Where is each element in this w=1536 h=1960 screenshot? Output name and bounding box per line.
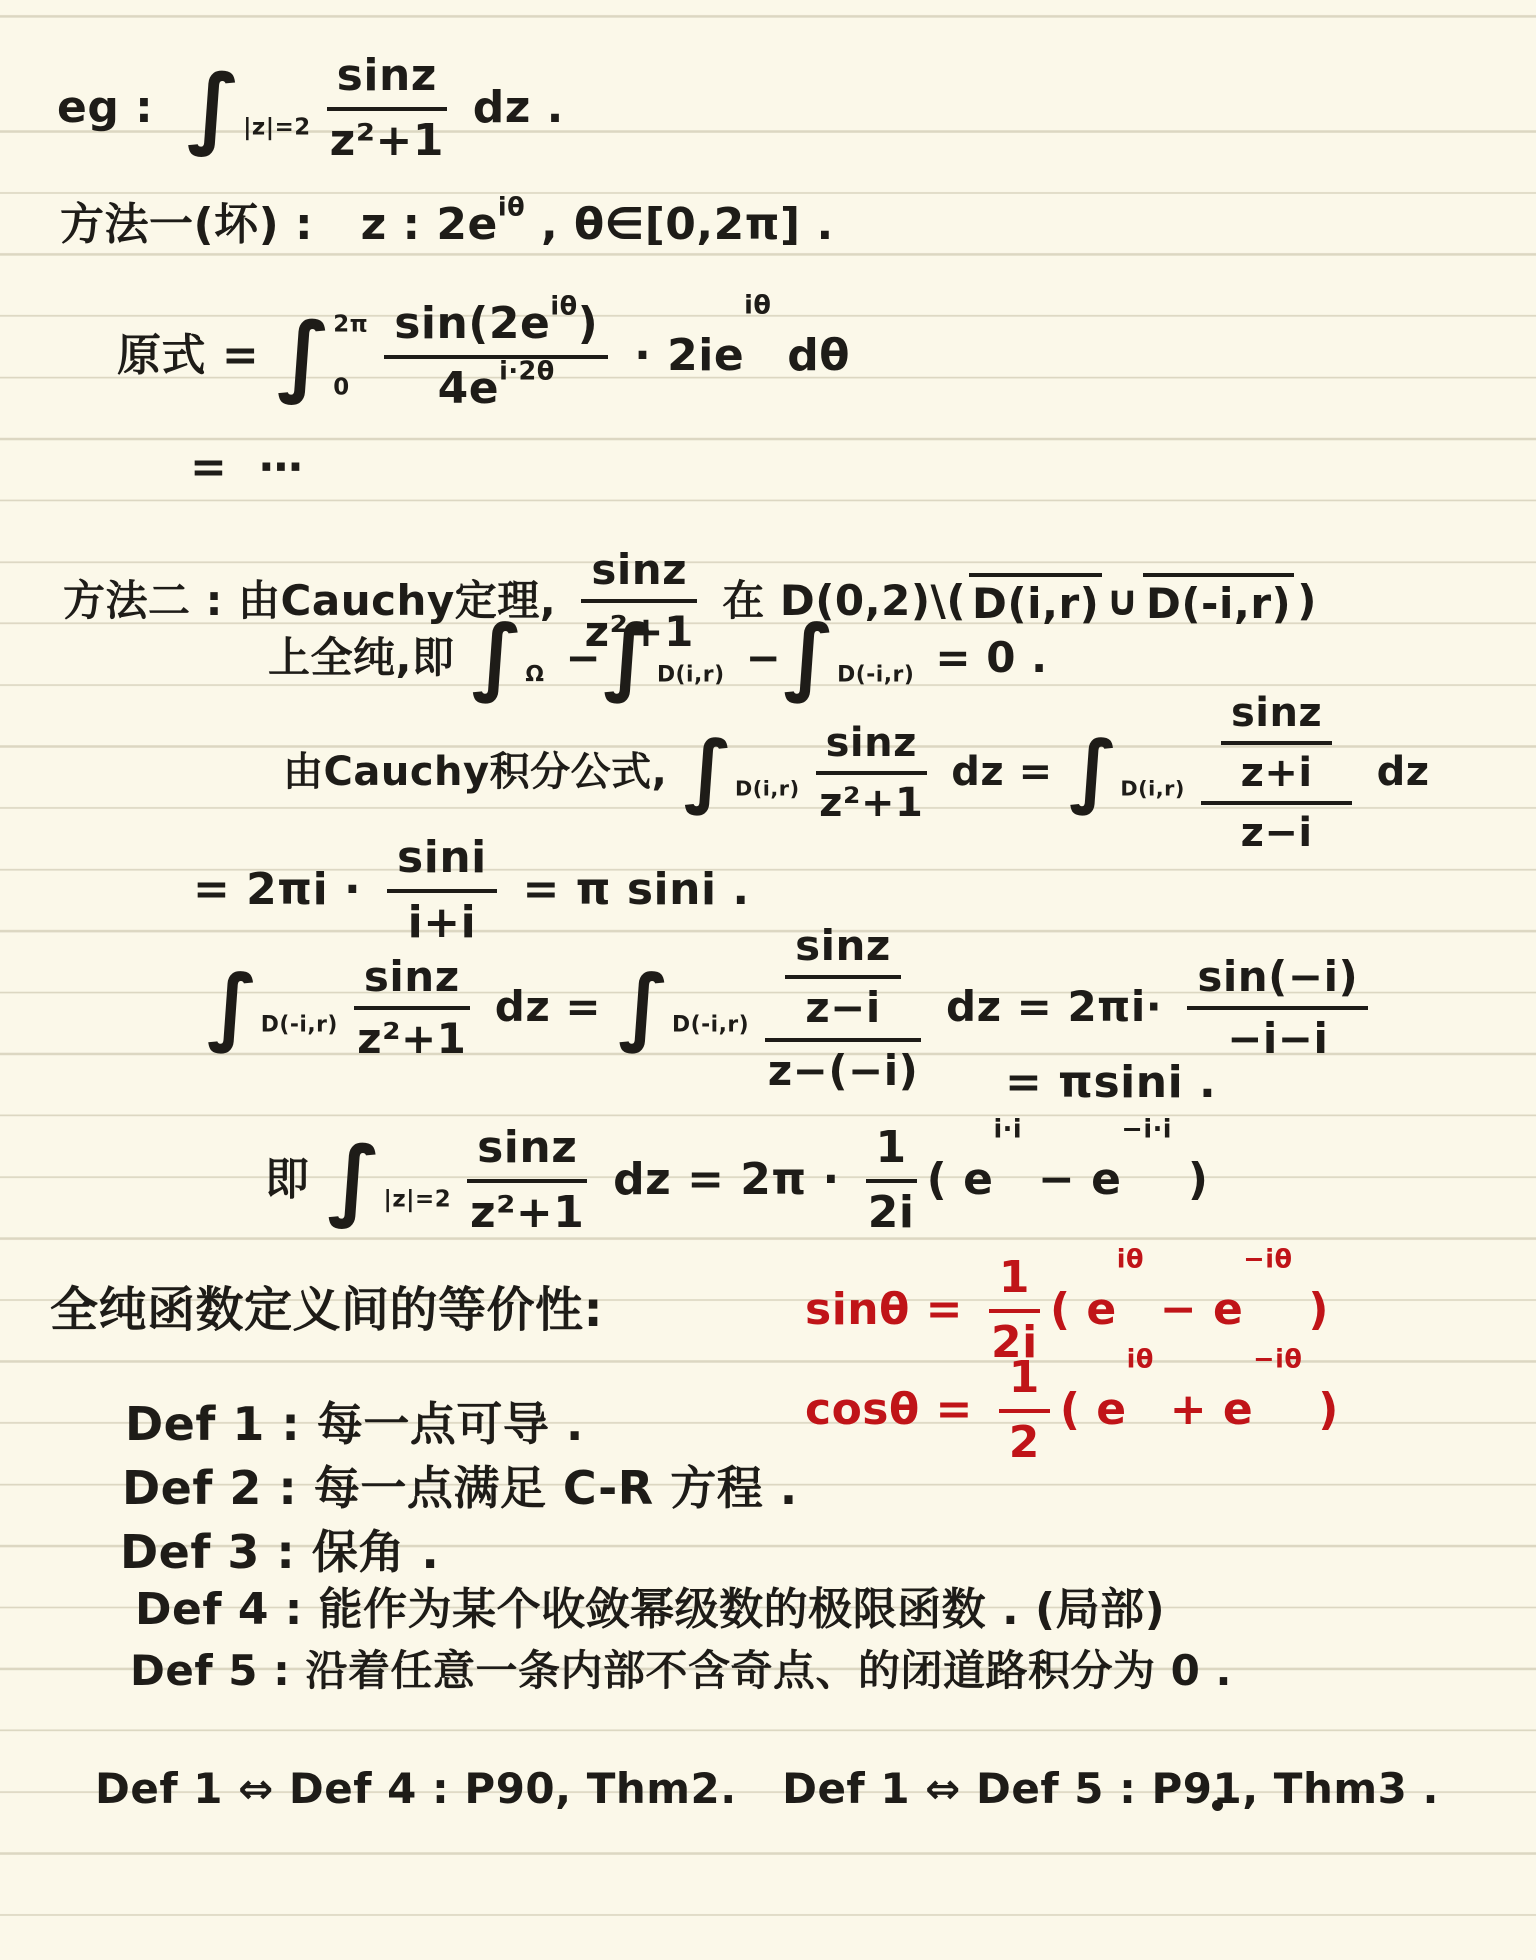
superscript: −iθ	[1243, 1246, 1292, 1275]
integral: ∫D(i,r)	[684, 736, 800, 808]
fraction-numerator: 1	[999, 1352, 1050, 1413]
fraction-denominator: z−i	[1241, 805, 1313, 856]
math-fraction: 12i	[866, 1122, 917, 1238]
text-run: z²+1	[330, 116, 444, 167]
integral-lower-limit: |z|=2	[384, 1188, 452, 1212]
fraction-denominator: z²+1	[470, 1183, 584, 1239]
text-run: Def 1 ⇔ Def 4 : P90, Thm2. Def 1 ⇔ Def 5…	[95, 1765, 1439, 1813]
note-line-cauchy-formula: 由Cauchy积分公式, ∫D(i,r)sinzz²+1 dz = ∫D(i,r…	[283, 688, 1430, 856]
integral-sign: ∫	[277, 315, 331, 394]
text-run: sinz	[795, 922, 891, 970]
text-run: eg :	[57, 83, 185, 134]
text-run: )	[1302, 1385, 1338, 1436]
text-run: dz	[1362, 749, 1429, 795]
integral-lower-limit: D(i,r)	[657, 665, 725, 688]
math-fraction: sinzz−i	[785, 921, 901, 1033]
math-fraction: 12	[999, 1352, 1050, 1468]
text-run: cosθ =	[805, 1385, 989, 1436]
integral-limits: D(i,r)	[1120, 761, 1185, 783]
text-run: 方法一(坏) : z : 2e	[60, 200, 498, 251]
text-run: ( e	[1060, 1385, 1127, 1436]
text-run: 原式 =	[117, 331, 275, 382]
fraction-denominator: z²+1	[330, 111, 444, 167]
fraction-numerator: sini	[387, 832, 497, 893]
fraction-denominator: z−i	[805, 979, 881, 1032]
text-run: 全纯函数定义间的等价性:	[50, 1283, 603, 1338]
text-run: 由Cauchy积分公式,	[283, 749, 682, 795]
text-run: Def 4 : 能作为某个收敛幂级数的极限函数 . (局部)	[135, 1585, 1165, 1636]
text-run: z−(−i)	[768, 1047, 919, 1095]
superscript: iθ	[1127, 1346, 1154, 1375]
note-line-equivalence-heading: 全纯函数定义间的等价性:	[50, 1283, 603, 1338]
text-run: z²+1	[357, 1015, 466, 1063]
superscript: iθ	[498, 194, 525, 223]
text-run: )	[1297, 577, 1317, 625]
integral-sign: ∫	[207, 968, 259, 1044]
integral-sign: ∫	[187, 67, 241, 146]
text-run: sinz	[364, 953, 460, 1001]
text-run: = π sini .	[507, 865, 750, 916]
text-run: z+i	[1241, 750, 1313, 796]
text-run: ( e	[927, 1155, 994, 1206]
text-run: = 0 .	[920, 634, 1047, 682]
math-fraction: 12i	[989, 1252, 1040, 1368]
integral-sign: ∫	[472, 618, 524, 694]
text-run: −	[550, 634, 601, 682]
superscript: i·2θ	[499, 357, 555, 386]
fraction-denominator: z−(−i)	[768, 1042, 919, 1095]
text-run: 1	[999, 1253, 1030, 1304]
math-fraction: sin(2eiθ)4ei·2θ	[384, 298, 608, 414]
superscript: iθ	[1117, 1246, 1144, 1275]
text-run: 4e	[438, 364, 499, 415]
integral-limits: D(i,r)	[735, 761, 800, 783]
math-fraction: sinzz+iz−i	[1201, 688, 1352, 856]
fraction-numerator: 1	[866, 1122, 917, 1183]
note-line-def-1: Def 1 : 每一点可导 .	[125, 1398, 584, 1451]
text-run: )	[1172, 1155, 1208, 1206]
text-run: dz =	[480, 983, 617, 1031]
integral-lower-limit: Ω	[525, 665, 544, 688]
integral: ∫2π0	[277, 317, 368, 396]
text-run: dz = 2πi·	[931, 983, 1178, 1031]
text-run: −i−i	[1227, 1015, 1328, 1063]
superscript: i·i	[993, 1116, 1022, 1145]
math-fraction: sinzz²+1	[467, 1122, 587, 1238]
integral-lower-limit: D(i,r)	[735, 779, 800, 801]
text-run: Def 2 : 每一点满足 C-R 方程 .	[122, 1462, 798, 1515]
text-run: sini	[397, 833, 487, 884]
text-run: −	[731, 634, 782, 682]
integral: ∫D(-i,r)	[618, 970, 749, 1046]
note-line-def-4: Def 4 : 能作为某个收敛幂级数的极限函数 . (局部)	[135, 1585, 1165, 1636]
text-run: )	[578, 299, 599, 350]
text-run: dz =	[937, 749, 1067, 795]
text-run: = ⋯	[190, 443, 304, 494]
integral-lower-limit: D(-i,r)	[672, 1015, 749, 1038]
integral-lower-limit: D(-i,r)	[837, 665, 914, 688]
note-line-ellipsis: = ⋯	[190, 443, 304, 494]
text-run: Def 1 : 每一点可导 .	[125, 1398, 584, 1451]
fraction-denominator: 4ei·2θ	[438, 359, 555, 415]
fraction-denominator: 2	[1009, 1413, 1040, 1469]
math-fraction: sinzz+i	[1221, 689, 1332, 796]
overline-term: D(-i,r)	[1143, 573, 1294, 628]
text-run: ( e	[1050, 1285, 1117, 1336]
text-run: 在 D(0,2)\(	[707, 577, 966, 625]
math-fraction: sinzz²+1	[354, 952, 470, 1064]
integral-sign: ∫	[684, 734, 733, 806]
integral: ∫|z|=2	[187, 69, 311, 148]
text-run: 2i	[868, 1188, 915, 1239]
text-run: sinz	[1231, 690, 1322, 736]
text-run: z²+1	[470, 1188, 584, 1239]
integral-sign: ∫	[783, 618, 835, 694]
fraction-numerator: sinz	[816, 719, 927, 775]
integral-sign: ∫	[603, 618, 655, 694]
integral: ∫D(i,r)	[603, 620, 724, 696]
integral-sign: ∫	[1069, 734, 1118, 806]
integral: ∫D(-i,r)	[207, 970, 338, 1046]
integral-lower-limit: D(-i,r)	[261, 1015, 338, 1038]
fraction-numerator: sinz	[467, 1122, 587, 1183]
superscript: iθ	[744, 292, 771, 321]
text-run: z−i	[805, 984, 881, 1032]
note-line-sin-identity: sinθ = 12i( eiθ − e−iθ )	[805, 1252, 1329, 1368]
text-run: sin(−i)	[1197, 953, 1358, 1001]
fraction-numerator: sinz	[327, 50, 447, 111]
fraction-denominator: z²+1	[819, 775, 923, 826]
integral-limits: D(-i,r)	[261, 996, 338, 1019]
integral: ∫|z|=2	[327, 1141, 451, 1220]
note-line-theorem-refs: Def 1 ⇔ Def 4 : P90, Thm2. Def 1 ⇔ Def 5…	[95, 1765, 1439, 1813]
text-run: = πsini .	[1005, 1058, 1216, 1109]
text-run: )	[1293, 1285, 1329, 1336]
text-run: sinz	[591, 546, 687, 594]
note-line-def-2: Def 2 : 每一点满足 C-R 方程 .	[122, 1462, 798, 1515]
text-run: Def 5 : 沿着任意一条内部不含奇点、的闭道路积分为 0 .	[130, 1647, 1232, 1695]
integral-limits: D(-i,r)	[672, 996, 749, 1019]
text-run: · 2ie	[618, 331, 744, 382]
note-line-def-3: Def 3 : 保角 .	[120, 1526, 439, 1579]
integral-sign: ∫	[618, 968, 670, 1044]
text-run: = 2πi ·	[193, 865, 377, 916]
note-line-eg-integral: eg : ∫|z|=2sinzz²+1 dz .	[57, 50, 564, 166]
math-fraction: sinzz²+1	[816, 719, 927, 826]
text-run: − e	[1144, 1285, 1243, 1336]
fraction-numerator: sinzz+i	[1201, 688, 1352, 805]
integral-lower-limit: D(i,r)	[1120, 779, 1185, 801]
fraction-numerator: sinzz−i	[765, 920, 921, 1042]
note-line-method-1: 方法一(坏) : z : 2eiθ , θ∈[0,2π] .	[60, 200, 834, 251]
integral-lower-limit: 0	[333, 376, 368, 400]
text-run: dθ	[771, 331, 850, 382]
text-run: sinz	[477, 1123, 577, 1174]
integral-limits: Ω	[525, 646, 544, 669]
integral-sign: ∫	[327, 1139, 381, 1218]
ink-dot	[1212, 1800, 1223, 1811]
text-run: + e	[1154, 1385, 1253, 1436]
text-run: sinθ =	[805, 1285, 979, 1336]
text-run: sin(2e	[394, 299, 550, 350]
fraction-numerator: sinz	[785, 921, 901, 979]
text-run: 1	[1009, 1353, 1040, 1404]
integral: ∫D(-i,r)	[783, 620, 914, 696]
note-line-holomorphic-sum: 上全纯,即 ∫Ω −∫D(i,r) −∫D(-i,r) = 0 .	[268, 620, 1048, 696]
text-run: sinz	[337, 51, 437, 102]
note-line-conclusion: 即 ∫|z|=2sinzz²+1 dz = 2π · 12i( ei·i − e…	[265, 1122, 1209, 1238]
text-run: ∪	[1105, 577, 1140, 625]
text-run: 即	[265, 1155, 325, 1206]
integral-limits: |z|=2	[243, 96, 311, 120]
integral-limits: D(-i,r)	[837, 646, 914, 669]
text-run: Def 3 : 保角 .	[120, 1526, 439, 1579]
text-run: 1	[876, 1123, 907, 1174]
text-run: 上全纯,即	[268, 634, 470, 682]
integral: ∫Ω	[472, 620, 545, 696]
fraction-denominator: 2i	[868, 1183, 915, 1239]
integral-limits: |z|=2	[384, 1168, 452, 1192]
superscript: −iθ	[1253, 1346, 1302, 1375]
fraction-numerator: sin(2eiθ)	[384, 298, 608, 359]
note-line-def-5: Def 5 : 沿着任意一条内部不含奇点、的闭道路积分为 0 .	[130, 1647, 1232, 1695]
integral-limits: 2π0	[333, 332, 368, 380]
note-line-cos-identity: cosθ = 12( eiθ + e−iθ )	[805, 1352, 1339, 1468]
note-line-equals-pi-sini: = πsini .	[1005, 1058, 1216, 1109]
text-run: sinz	[826, 720, 917, 766]
integral-lower-limit: |z|=2	[243, 116, 311, 140]
text-run: z²+1	[819, 780, 923, 826]
fraction-numerator: 1	[989, 1252, 1040, 1313]
integral-upper-limit: 2π	[333, 313, 368, 337]
fraction-denominator: −i−i	[1227, 1010, 1328, 1063]
note-line-method-1-integral: 原式 = ∫2π0sin(2eiθ)4ei·2θ · 2ieiθ dθ	[117, 298, 850, 414]
fraction-denominator: z²+1	[357, 1010, 466, 1063]
math-fraction: sinzz−iz−(−i)	[765, 920, 921, 1095]
fraction-numerator: sinz	[1221, 689, 1332, 745]
text-run: , θ∈[0,2π] .	[525, 200, 834, 251]
integral: ∫D(i,r)	[1069, 736, 1185, 808]
text-run: 2	[1009, 1418, 1040, 1469]
text-run: dz .	[457, 83, 564, 134]
text-run: − e	[1022, 1155, 1121, 1206]
notebook-page: eg : ∫|z|=2sinzz²+1 dz .方法一(坏) : z : 2ei…	[0, 0, 1536, 1960]
integral-limits: D(i,r)	[657, 646, 725, 669]
math-fraction: sin(−i)−i−i	[1187, 952, 1368, 1064]
text-run: dz = 2π ·	[597, 1155, 855, 1206]
fraction-denominator: z+i	[1241, 745, 1313, 796]
superscript: −i·i	[1121, 1116, 1172, 1145]
fraction-numerator: sinz	[354, 952, 470, 1010]
text-run: z−i	[1241, 810, 1313, 856]
superscript: iθ	[550, 293, 577, 322]
fraction-numerator: sinz	[581, 545, 697, 603]
math-fraction: sinzz²+1	[327, 50, 447, 166]
fraction-numerator: sin(−i)	[1187, 952, 1368, 1010]
